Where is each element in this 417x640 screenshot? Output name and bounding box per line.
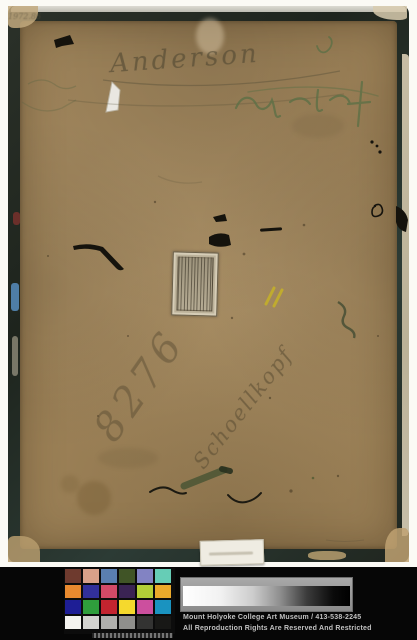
color-patch xyxy=(119,600,135,614)
rights-notice-line: All Reproduction Rights Are Reserved And… xyxy=(183,625,372,632)
gray-wedge-frame xyxy=(180,577,353,612)
color-patch xyxy=(155,616,171,630)
museum-credit-line: Mount Holyoke College Art Museum / 413-5… xyxy=(183,614,361,621)
color-patch xyxy=(137,600,153,614)
color-patch xyxy=(65,585,81,599)
color-patch xyxy=(101,616,117,630)
calibration-strip: Mount Holyoke College Art Museum / 413-5… xyxy=(0,567,417,640)
color-patch xyxy=(119,585,135,599)
color-patch xyxy=(137,616,153,630)
inscription-accession: 1972.86 xyxy=(8,12,41,21)
torn-paper-edge xyxy=(402,54,409,536)
scanned-photo-page: Anderson 8276 Schoellkopf 1972.86 Mount … xyxy=(0,0,417,640)
edge-damage-bottom xyxy=(308,551,346,560)
color-patch xyxy=(119,616,135,630)
color-patch xyxy=(65,600,81,614)
color-patch xyxy=(155,569,171,583)
photo-top-edge xyxy=(11,6,406,12)
color-patch xyxy=(137,585,153,599)
edge-paint-spots xyxy=(11,212,20,376)
corner-damage-top-right xyxy=(373,6,407,20)
color-patch xyxy=(65,616,81,630)
color-checker-caption xyxy=(92,633,173,638)
color-patch xyxy=(119,569,135,583)
color-patch xyxy=(83,585,99,599)
color-patch xyxy=(65,569,81,583)
color-patch xyxy=(155,600,171,614)
gray-wedge-gradient xyxy=(183,586,350,606)
printed-label-sticker xyxy=(171,251,219,316)
color-patch xyxy=(101,585,117,599)
white-paper-tab xyxy=(200,539,265,566)
color-patch xyxy=(83,616,99,630)
color-patch xyxy=(101,600,117,614)
artwork-verso-photo: Anderson 8276 Schoellkopf 1972.86 xyxy=(8,6,409,562)
color-patch xyxy=(155,585,171,599)
color-patch xyxy=(101,569,117,583)
color-checker xyxy=(64,568,175,634)
color-patch xyxy=(83,600,99,614)
corner-damage-bottom-right xyxy=(385,528,409,562)
color-patch xyxy=(83,569,99,583)
color-patch xyxy=(137,569,153,583)
